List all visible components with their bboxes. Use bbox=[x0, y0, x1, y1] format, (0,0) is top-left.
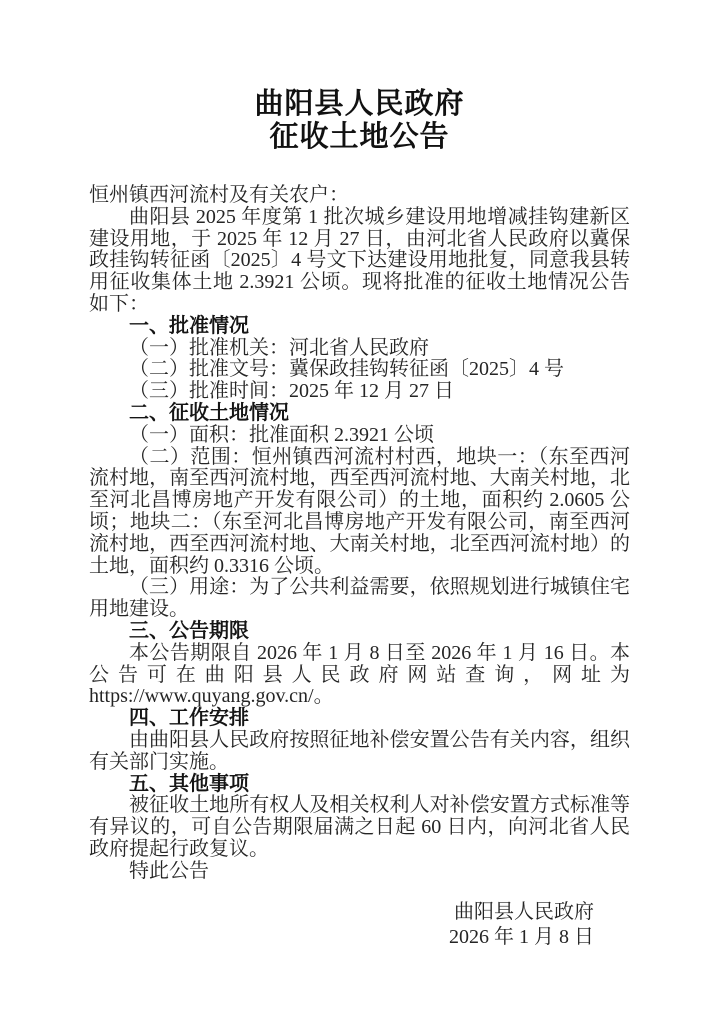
document-title-line-2: 征收土地公告 bbox=[89, 121, 630, 154]
section-land-info-heading: 二、征收土地情况 bbox=[89, 403, 630, 425]
closing-statement: 特此公告 bbox=[89, 861, 630, 883]
document-title: 曲阳县人民政府 征收土地公告 bbox=[89, 88, 630, 154]
approval-document-number-item: （二）批准文号：冀保政挂钩转征函〔2025〕4 号 bbox=[89, 359, 630, 381]
document-title-line-1: 曲阳县人民政府 bbox=[89, 88, 630, 121]
section-other-matters-heading: 五、其他事项 bbox=[89, 774, 630, 796]
land-area-item: （一）面积：批准面积 2.3921 公顷 bbox=[89, 425, 630, 447]
intro-paragraph: 曲阳县 2025 年度第 1 批次城乡建设用地增减挂钩建新区建设用地，于 202… bbox=[89, 207, 630, 316]
signature-block: 曲阳县人民政府 2026 年 1 月 8 日 bbox=[89, 900, 594, 950]
signature-date: 2026 年 1 月 8 日 bbox=[89, 925, 594, 950]
section-notice-period-heading: 三、公告期限 bbox=[89, 621, 630, 643]
land-scope-item: （二）范围：恒州镇西河流村村西，地块一：（东至西河流村地，南至西河流村地，西至西… bbox=[89, 447, 630, 578]
land-usage-item: （三）用途：为了公共利益需要，依照规划进行城镇住宅用地建设。 bbox=[89, 577, 630, 621]
salutation: 恒州镇西河流村及有关农户： bbox=[89, 185, 630, 207]
announcement-document-page: 曲阳县人民政府 征收土地公告 恒州镇西河流村及有关农户： 曲阳县 2025 年度… bbox=[0, 0, 720, 1018]
section-approval-info-heading: 一、批准情况 bbox=[89, 316, 630, 338]
approval-date-item: （三）批准时间：2025 年 12 月 27 日 bbox=[89, 381, 630, 403]
work-arrangement-paragraph: 由曲阳县人民政府按照征地补偿安置公告有关内容，组织有关部门实施。 bbox=[89, 730, 630, 774]
other-matters-paragraph: 被征收土地所有权人及相关权利人对补偿安置方式标准等有异议的，可自公告期限届满之日… bbox=[89, 795, 630, 860]
section-work-arrangement-heading: 四、工作安排 bbox=[89, 708, 630, 730]
signature-issuer: 曲阳县人民政府 bbox=[89, 900, 594, 925]
notice-period-paragraph: 本公告期限自 2026 年 1 月 8 日至 2026 年 1 月 16 日。本… bbox=[89, 643, 630, 708]
approval-authority-item: （一）批准机关：河北省人民政府 bbox=[89, 338, 630, 360]
document-body: 恒州镇西河流村及有关农户： 曲阳县 2025 年度第 1 批次城乡建设用地增减挂… bbox=[89, 185, 630, 883]
